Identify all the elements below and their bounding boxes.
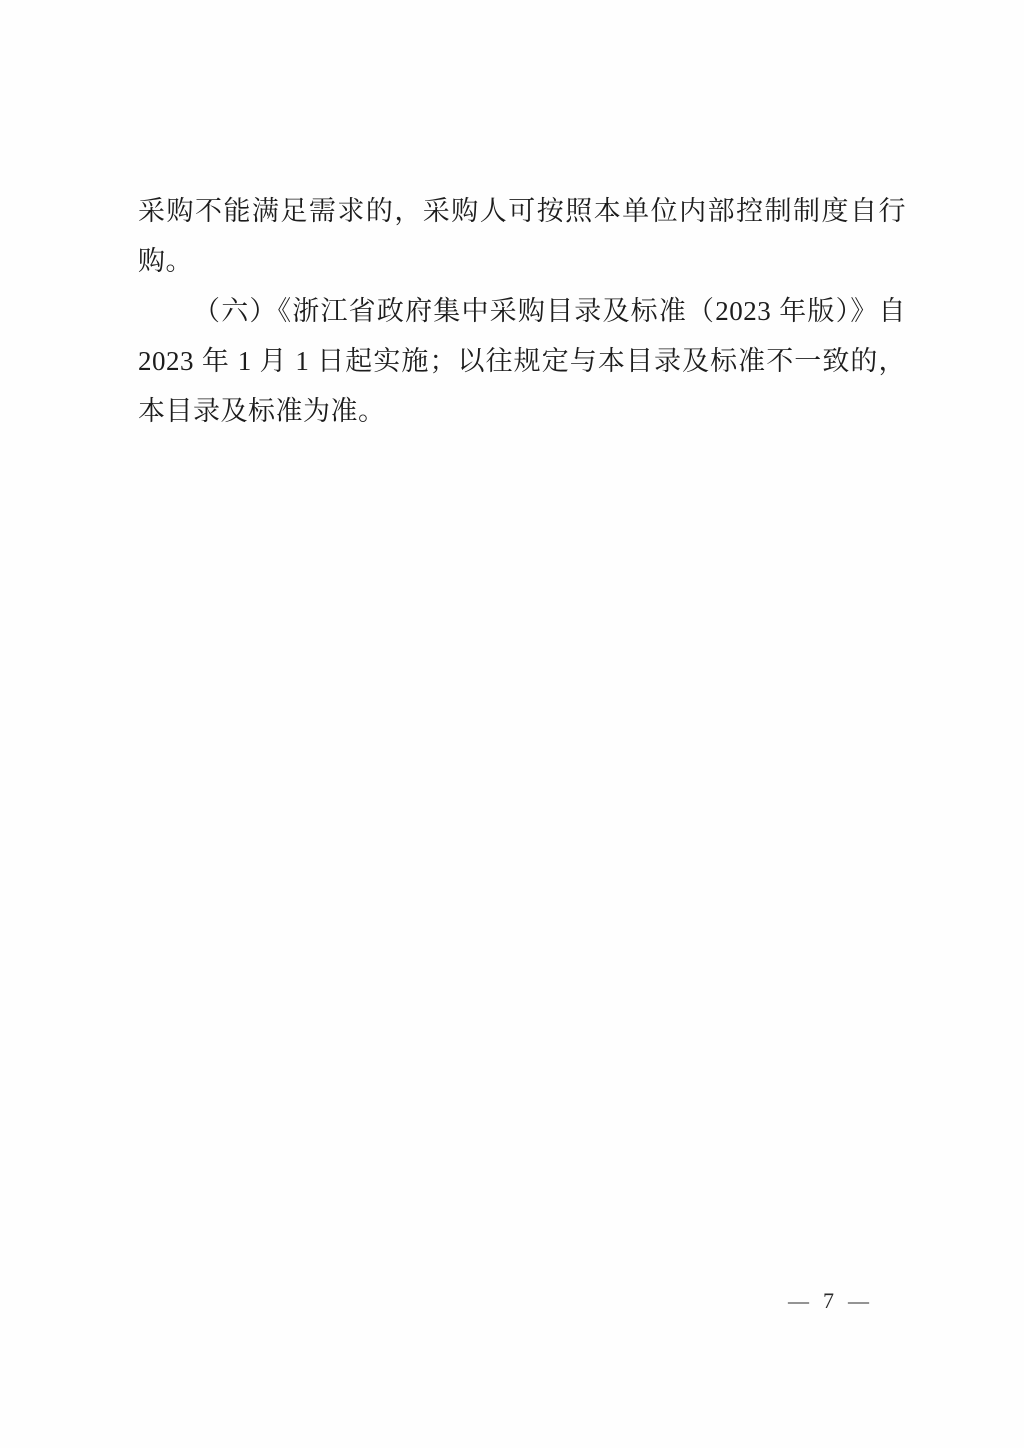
page-number-footer: —7—	[788, 1288, 869, 1314]
page-number-right-dash: —	[848, 1289, 869, 1314]
body-line-1: 采购不能满足需求的，采购人可按照本单位内部控制制度自行采	[138, 186, 906, 236]
document-page: 采购不能满足需求的，采购人可按照本单位内部控制制度自行采 购。 （六）《浙江省政…	[0, 0, 1024, 1448]
page-number-left-dash: —	[788, 1289, 809, 1314]
body-line-5: 本目录及标准为准。	[138, 386, 906, 436]
body-text-block: 采购不能满足需求的，采购人可按照本单位内部控制制度自行采 购。 （六）《浙江省政…	[138, 186, 906, 436]
body-line-4: 2023 年 1 月 1 日起实施；以往规定与本目录及标准不一致的，以	[138, 336, 906, 386]
body-line-2: 购。	[138, 236, 906, 286]
page-number: 7	[823, 1288, 834, 1314]
body-line-3: （六）《浙江省政府集中采购目录及标准（2023 年版）》自	[138, 286, 906, 336]
